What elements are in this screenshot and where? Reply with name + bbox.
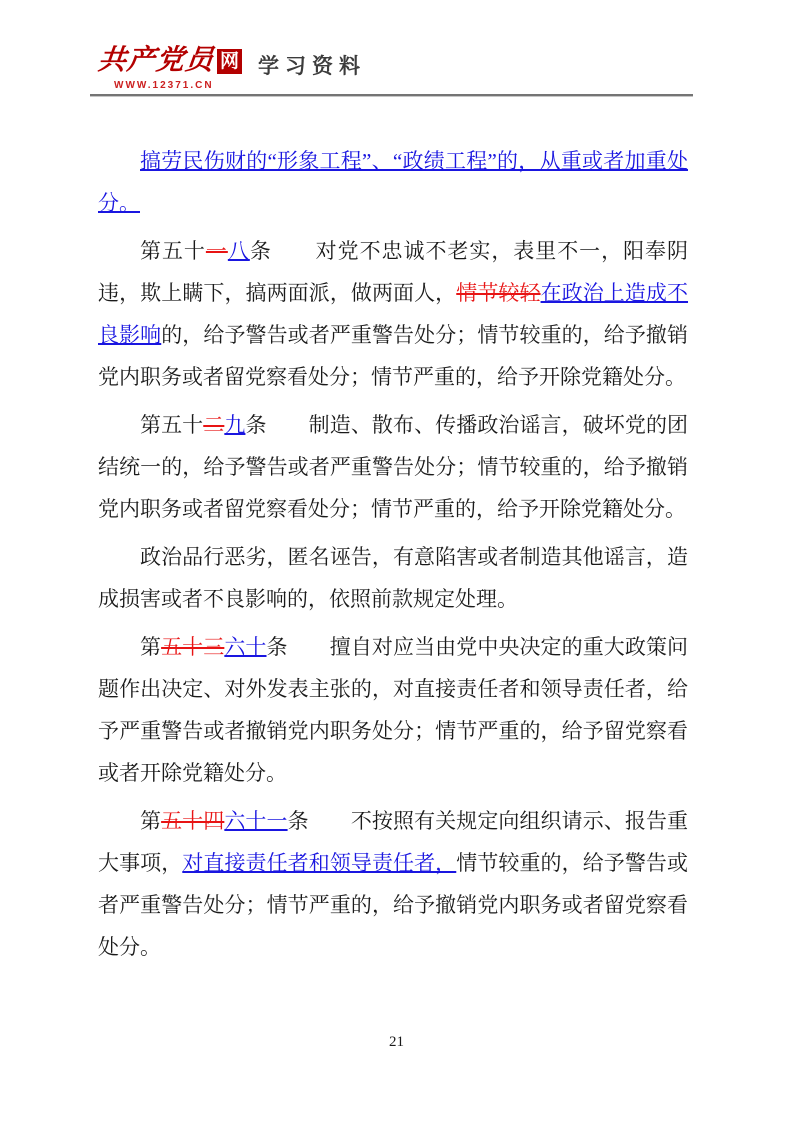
deleted-text: 情节较轻	[456, 281, 540, 305]
inserted-text: 六十	[224, 635, 266, 659]
site-url: WWW.12371.CN	[114, 80, 695, 91]
body-text: 第五十	[140, 239, 206, 263]
page-number: 21	[0, 1034, 793, 1051]
paragraph: 搞劳民伤财的“形象工程”、“政绩工程”的，从重或者加重处分。	[98, 140, 688, 224]
site-logo-text: 共产党员	[96, 46, 215, 76]
document-body: 搞劳民伤财的“形象工程”、“政绩工程”的，从重或者加重处分。第五十一八条 对党不…	[98, 140, 688, 974]
site-brand: 共产党员 网 学习资料	[98, 46, 695, 80]
paragraph: 政治品行恶劣，匿名诬告，有意陷害或者制造其他谣言，造成损害或者不良影响的，依照前…	[98, 536, 688, 620]
deleted-text: 五十三	[161, 635, 224, 659]
page-header: 共产党员 网 学习资料 WWW.12371.CN	[98, 46, 695, 96]
deleted-text: 二	[203, 413, 224, 437]
paragraph: 第五十一八条 对党不忠诚不老实，表里不一，阳奉阴违，欺上瞒下，搞两面派，做两面人…	[98, 230, 688, 398]
body-text: 第五十	[140, 413, 203, 437]
paragraph: 第五十三六十条 擅自对应当由党中央决定的重大政策问题作出决定、对外发表主张的，对…	[98, 626, 688, 794]
inserted-text: 六十一	[224, 809, 287, 833]
inserted-text: 八	[228, 239, 250, 263]
body-text: 第	[140, 635, 161, 659]
body-text: 的，给予警告或者严重警告处分；情节较重的，给予撤销党内职务或者留党察看处分；情节…	[98, 323, 688, 389]
inserted-text: 九	[224, 413, 245, 437]
paragraph: 第五十二九条 制造、散布、传播政治谣言，破坏党的团结统一的，给予警告或者严重警告…	[98, 404, 688, 530]
inserted-text: 搞劳民伤财的“形象工程”、“政绩工程”的，从重或者加重处分。	[98, 149, 688, 215]
site-logo-box: 网	[217, 49, 242, 74]
header-title: 学习资料	[258, 50, 366, 80]
paragraph: 第五十四六十一条 不按照有关规定向组织请示、报告重大事项，对直接责任者和领导责任…	[98, 800, 688, 968]
body-text: 政治品行恶劣，匿名诬告，有意陷害或者制造其他谣言，造成损害或者不良影响的，依照前…	[98, 545, 688, 611]
body-text: 第	[140, 809, 161, 833]
header-divider	[90, 94, 693, 97]
inserted-text: 对直接责任者和领导责任者，	[182, 851, 456, 875]
deleted-text: 五十四	[161, 809, 224, 833]
document-page: 共产党员 网 学习资料 WWW.12371.CN 搞劳民伤财的“形象工程”、“政…	[0, 0, 793, 1122]
deleted-text: 一	[206, 239, 228, 263]
